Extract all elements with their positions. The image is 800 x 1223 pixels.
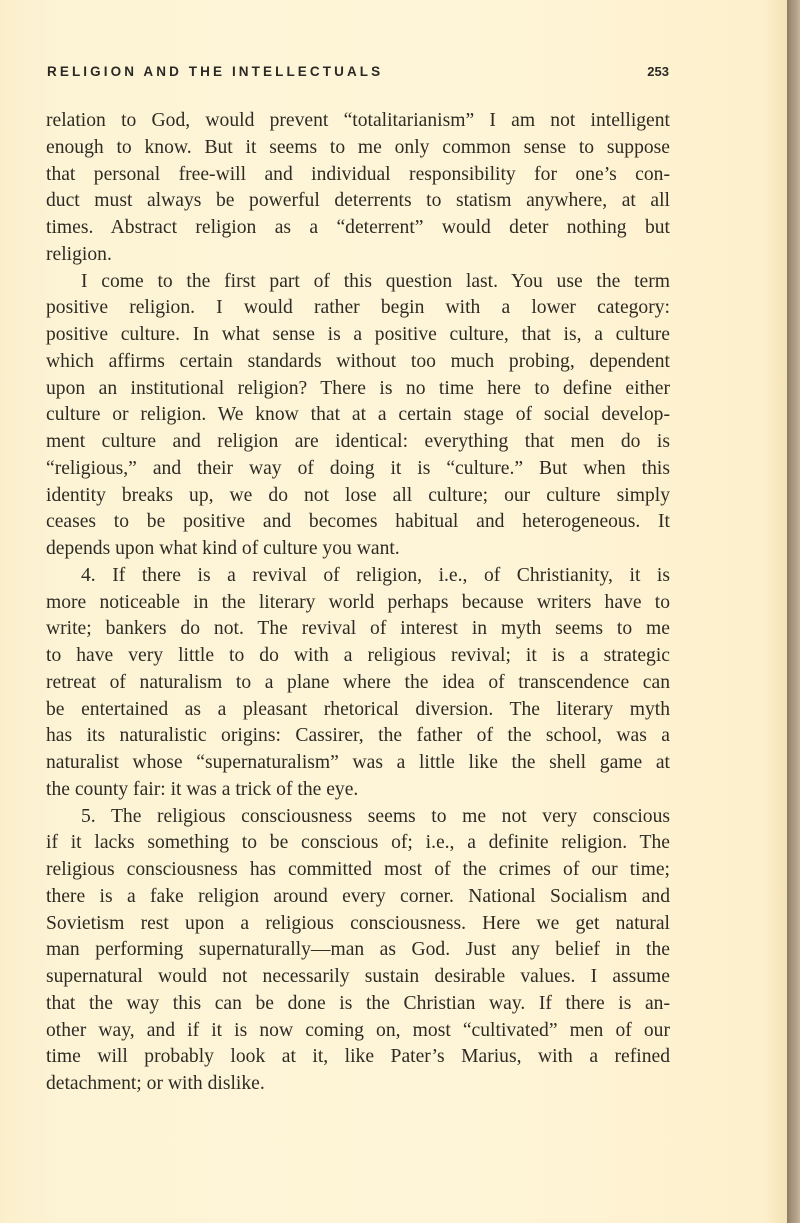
text-line: retreat of naturalism to a plane where t… [46,670,670,697]
text-line: more noticeable in the literary world pe… [46,590,670,617]
text-line: depends upon what kind of culture you wa… [46,536,670,563]
paragraph-continuation: relation to God, would prevent “totalita… [46,108,670,269]
text-line: 5. The religious consciousness seems to … [46,804,670,831]
text-line: man performing supernaturally—man as God… [46,937,670,964]
paragraph-item-5: 5. The religious consciousness seems to … [46,804,670,1098]
text-line: to have very little to do with a religio… [46,643,670,670]
text-line: religion. [46,242,670,269]
text-line: times. Abstract religion as a “deterrent… [46,215,670,242]
text-line: write; bankers do not. The revival of in… [46,616,670,643]
text-line: 4. If there is a revival of religion, i.… [46,563,670,590]
text-line: culture or religion. We know that at a c… [46,402,670,429]
book-page: RELIGION AND THE INTELLECTUALS 253 relat… [0,0,787,1223]
text-line: duct must always be powerful deterrents … [46,188,670,215]
text-line: there is a fake religion around every co… [46,884,670,911]
text-line: ment culture and religion are identical:… [46,429,670,456]
text-line: supernatural would not necessarily susta… [46,964,670,991]
text-line: relation to God, would prevent “totalita… [46,108,670,135]
running-head-title: RELIGION AND THE INTELLECTUALS [47,64,383,79]
text-line: religious consciousness has committed mo… [46,857,670,884]
text-line: the county fair: it was a trick of the e… [46,777,670,804]
text-line: that the way this can be done is the Chr… [46,991,670,1018]
text-line: positive religion. I would rather begin … [46,295,670,322]
running-head: RELIGION AND THE INTELLECTUALS 253 [47,64,669,86]
text-line: that personal free-will and individual r… [46,162,670,189]
text-line: other way, and if it is now coming on, m… [46,1018,670,1045]
text-line: if it lacks something to be conscious of… [46,830,670,857]
paragraph-item-4: 4. If there is a revival of religion, i.… [46,563,670,804]
text-line: I come to the first part of this questio… [46,269,670,296]
text-line: Sovietism rest upon a religious consciou… [46,911,670,938]
text-line: has its naturalistic origins: Cassirer, … [46,723,670,750]
text-line: be entertained as a pleasant rhetorical … [46,697,670,724]
page-edge-shadow [787,0,800,1223]
text-line: upon an institutional religion? There is… [46,376,670,403]
text-line: time will probably look at it, like Pate… [46,1044,670,1071]
page-number: 253 [647,64,669,79]
text-line: enough to know. But it seems to me only … [46,135,670,162]
text-line: naturalist whose “supernaturalism” was a… [46,750,670,777]
text-line: “religious,” and their way of doing it i… [46,456,670,483]
body-text: relation to God, would prevent “totalita… [46,108,670,1098]
text-line: identity breaks up, we do not lose all c… [46,483,670,510]
text-line: detachment; or with dislike. [46,1071,670,1098]
text-line: which affirms certain standards without … [46,349,670,376]
paragraph-positive-culture: I come to the first part of this questio… [46,269,670,563]
text-line: positive culture. In what sense is a pos… [46,322,670,349]
text-line: ceases to be positive and becomes habitu… [46,509,670,536]
